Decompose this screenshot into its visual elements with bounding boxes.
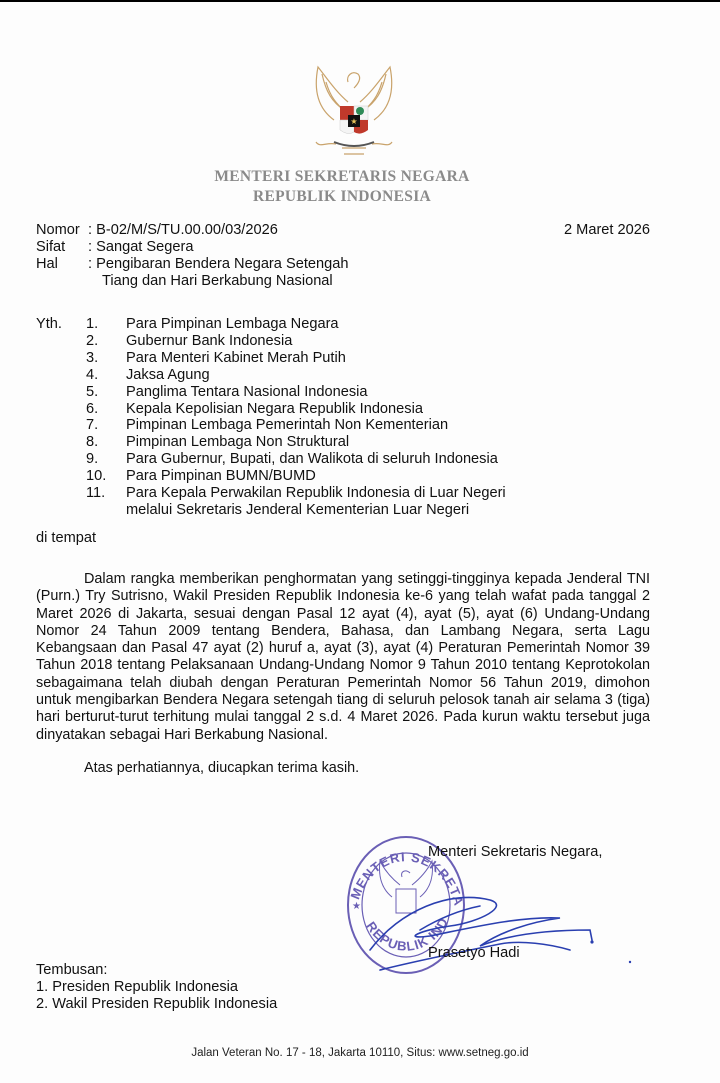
letter-date: 2 Maret 2026 (564, 222, 650, 238)
list-item-number: 1. (86, 316, 126, 333)
di-tempat: di tempat (36, 530, 96, 546)
hal-value-continued: Tiang dan Hari Berkabung Nasional (36, 273, 348, 290)
nomor-value: : B-02/M/S/TU.00.00/03/2026 (88, 222, 278, 239)
list-item: Para Gubernur, Bupati, dan Walikota di s… (126, 451, 498, 468)
list-item-number: 2. (86, 333, 126, 350)
signatory-title: Menteri Sekretaris Negara, (428, 844, 602, 860)
list-item: Panglima Tentara Nasional Indonesia (126, 384, 368, 401)
list-item-number: 5. (86, 384, 126, 401)
tembusan-section: Tembusan: 1. Presiden Republik Indonesia… (36, 962, 277, 1013)
list-item: 2. Wakil Presiden Republik Indonesia (36, 996, 277, 1013)
addressee-list: Yth.1.Para Pimpinan Lembaga Negara 2.Gub… (36, 316, 506, 519)
svg-text:★: ★ (350, 117, 357, 126)
letter-body: Dalam rangka memberikan penghormatan yan… (36, 571, 650, 777)
list-item-number: 3. (86, 350, 126, 367)
list-item-continued: melalui Sekretaris Jenderal Kementerian … (36, 502, 506, 519)
list-item-number: 10. (86, 468, 126, 485)
list-item: Pimpinan Lembaga Pemerintah Non Kementer… (126, 417, 448, 434)
garuda-emblem-icon: ★ (296, 62, 412, 160)
list-item: Para Pimpinan Lembaga Negara (126, 316, 339, 333)
list-item: Kepala Kepolisian Negara Republik Indone… (126, 401, 423, 418)
list-item: Jaksa Agung (126, 367, 210, 384)
list-item-number: 4. (86, 367, 126, 384)
list-item-number: 9. (86, 451, 126, 468)
list-item-number: 6. (86, 401, 126, 418)
list-item: 1. Presiden Republik Indonesia (36, 979, 277, 996)
hal-value: : Pengibaran Bendera Negara Setengah (88, 256, 348, 273)
top-border (0, 0, 720, 2)
sifat-value: : Sangat Segera (88, 239, 193, 256)
hal-label: Hal (36, 256, 88, 273)
body-paragraph: Dalam rangka memberikan penghormatan yan… (36, 571, 650, 744)
nomor-label: Nomor (36, 222, 88, 239)
list-item: Pimpinan Lembaga Non Struktural (126, 434, 349, 451)
closing-line: Atas perhatiannya, diucapkan terima kasi… (36, 760, 650, 777)
list-item-number: 8. (86, 434, 126, 451)
yth-label: Yth. (36, 316, 86, 333)
sifat-label: Sifat (36, 239, 88, 256)
letterhead-title: MENTERI SEKRETARIS NEGARA (0, 168, 684, 186)
letter-meta: Nomor: B-02/M/S/TU.00.00/03/2026 Sifat: … (36, 222, 348, 290)
list-item: Para Menteri Kabinet Merah Putih (126, 350, 346, 367)
list-item: Para Kepala Perwakilan Republik Indonesi… (126, 485, 506, 502)
list-item: Para Pimpinan BUMN/BUMD (126, 468, 316, 485)
footer-address: Jalan Veteran No. 17 - 18, Jakarta 10110… (0, 1047, 720, 1059)
letterhead-subtitle: REPUBLIK INDONESIA (0, 188, 684, 206)
handwritten-signature-icon (360, 870, 640, 980)
tembusan-label: Tembusan: (36, 962, 277, 979)
list-item: Gubernur Bank Indonesia (126, 333, 292, 350)
signatory-name: Prasetyo Hadi (428, 945, 520, 961)
list-item-number: 7. (86, 417, 126, 434)
list-item-number: 11. (86, 485, 126, 502)
